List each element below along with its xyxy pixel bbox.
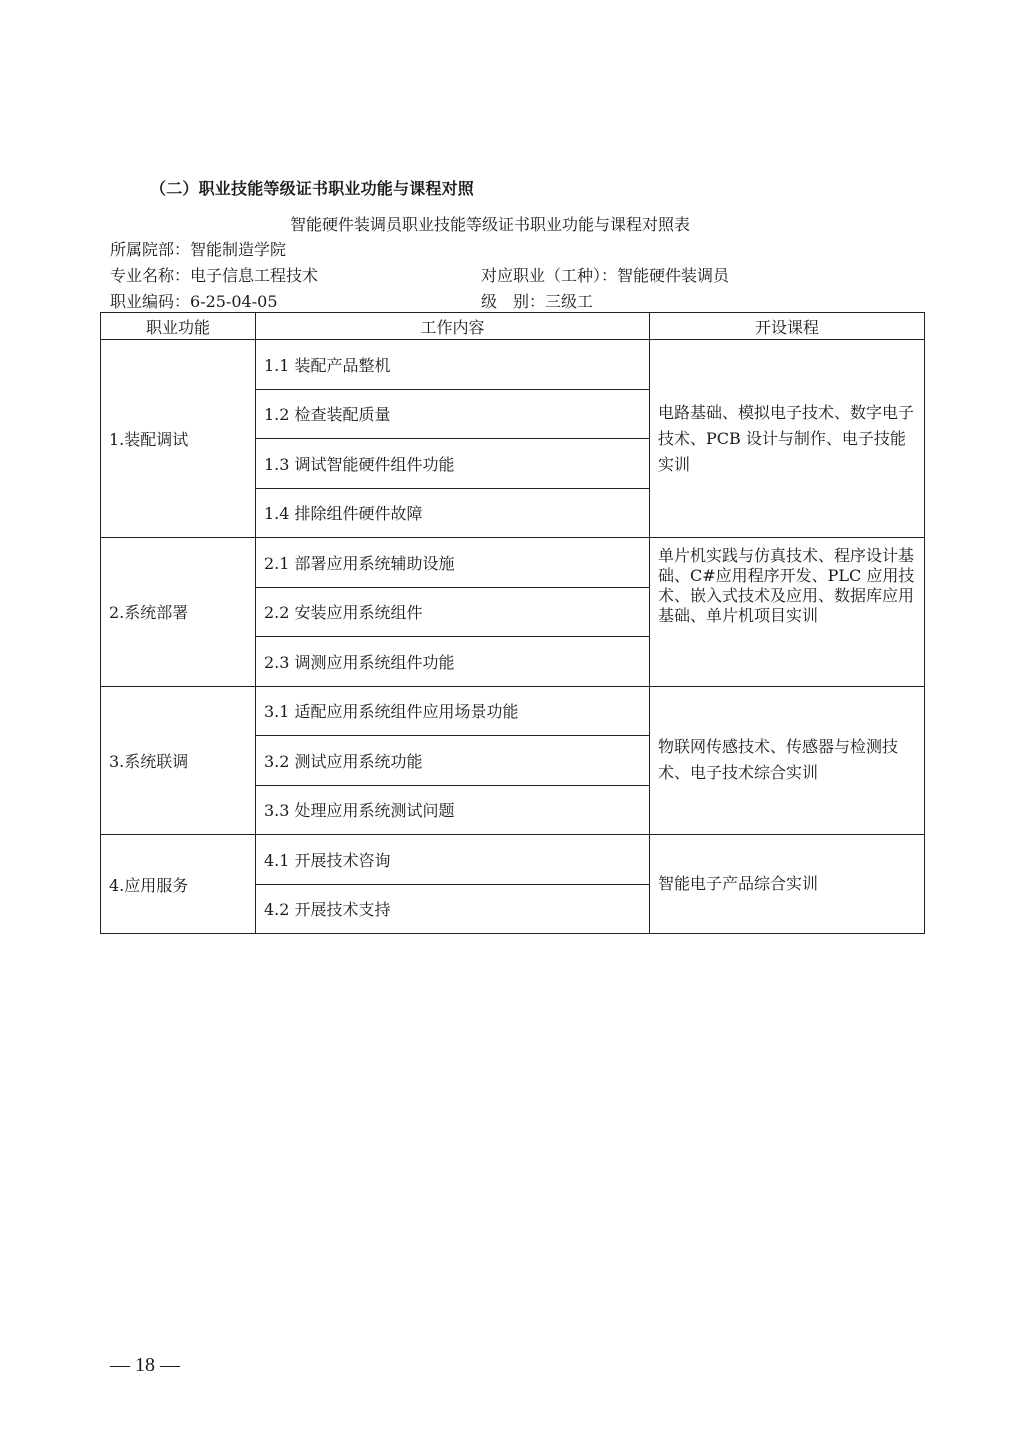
occupation-value: 智能硬件装调员 bbox=[617, 266, 729, 285]
table-row: 1.装配调试 1.1 装配产品整机 电路基础、模拟电子技术、数字电子技术、PCB… bbox=[101, 340, 925, 390]
code-value: 6-25-04-05 bbox=[190, 292, 277, 311]
function-cell: 3.系统联调 bbox=[101, 686, 256, 835]
table-header-row: 职业功能 工作内容 开设课程 bbox=[101, 313, 925, 340]
task-cell: 3.3 处理应用系统测试问题 bbox=[256, 785, 650, 835]
code-label: 职业编码： bbox=[110, 292, 190, 311]
level-label: 级 别： bbox=[481, 292, 545, 311]
code-line: 职业编码：6-25-04-05 bbox=[110, 289, 278, 312]
task-cell: 1.2 检查装配质量 bbox=[256, 389, 650, 439]
level-value: 三级工 bbox=[545, 292, 593, 311]
level-line: 级 别：三级工 bbox=[481, 289, 593, 312]
department-line: 所属院部：智能制造学院 bbox=[110, 237, 286, 260]
function-course-table: 职业功能 工作内容 开设课程 1.装配调试 1.1 装配产品整机 电路基础、模拟… bbox=[100, 312, 925, 934]
occupation-label: 对应职业（工种）： bbox=[481, 266, 617, 285]
department-label: 所属院部： bbox=[110, 240, 190, 259]
task-cell: 3.2 测试应用系统功能 bbox=[256, 736, 650, 786]
header-function: 职业功能 bbox=[101, 313, 256, 340]
course-cell: 单片机实践与仿真技术、程序设计基础、C#应用程序开发、PLC 应用技术、嵌入式技… bbox=[650, 538, 925, 687]
task-cell: 1.1 装配产品整机 bbox=[256, 340, 650, 390]
course-cell: 电路基础、模拟电子技术、数字电子技术、PCB 设计与制作、电子技能实训 bbox=[650, 340, 925, 538]
department-value: 智能制造学院 bbox=[190, 240, 286, 259]
task-cell: 1.4 排除组件硬件故障 bbox=[256, 488, 650, 538]
task-cell: 1.3 调试智能硬件组件功能 bbox=[256, 439, 650, 489]
table-title: 智能硬件装调员职业技能等级证书职业功能与课程对照表 bbox=[290, 212, 690, 235]
task-cell: 2.1 部署应用系统辅助设施 bbox=[256, 538, 650, 588]
table-row: 2.系统部署 2.1 部署应用系统辅助设施 单片机实践与仿真技术、程序设计基础、… bbox=[101, 538, 925, 588]
major-label: 专业名称： bbox=[110, 266, 190, 285]
course-cell: 物联网传感技术、传感器与检测技术、电子技术综合实训 bbox=[650, 686, 925, 835]
table-row: 3.系统联调 3.1 适配应用系统组件应用场景功能 物联网传感技术、传感器与检测… bbox=[101, 686, 925, 736]
major-line: 专业名称：电子信息工程技术 bbox=[110, 263, 318, 286]
function-cell: 1.装配调试 bbox=[101, 340, 256, 538]
course-cell: 智能电子产品综合实训 bbox=[650, 835, 925, 934]
function-cell: 4.应用服务 bbox=[101, 835, 256, 934]
major-value: 电子信息工程技术 bbox=[190, 266, 318, 285]
task-cell: 2.3 调测应用系统组件功能 bbox=[256, 637, 650, 687]
section-heading: （二）职业技能等级证书职业功能与课程对照 bbox=[150, 176, 474, 199]
task-cell: 4.2 开展技术支持 bbox=[256, 884, 650, 934]
table-row: 4.应用服务 4.1 开展技术咨询 智能电子产品综合实训 bbox=[101, 835, 925, 885]
function-cell: 2.系统部署 bbox=[101, 538, 256, 687]
task-cell: 4.1 开展技术咨询 bbox=[256, 835, 650, 885]
task-cell: 3.1 适配应用系统组件应用场景功能 bbox=[256, 686, 650, 736]
task-cell: 2.2 安装应用系统组件 bbox=[256, 587, 650, 637]
occupation-line: 对应职业（工种）：智能硬件装调员 bbox=[481, 263, 729, 286]
header-course: 开设课程 bbox=[650, 313, 925, 340]
page-number: — 18 — bbox=[110, 1354, 180, 1377]
header-task: 工作内容 bbox=[256, 313, 650, 340]
